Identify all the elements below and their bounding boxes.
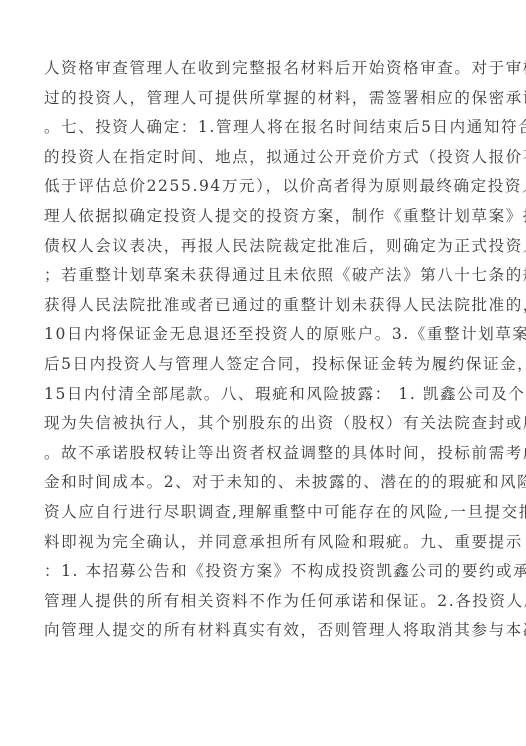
- text-line-9: 获得人民法院批准或者已通过的重整计划未获得人民法院批准的，则: [44, 291, 474, 321]
- text-line-10: 10日内将保证金无息退还至投资人的原账户。3.《重整计划草案》批准: [44, 320, 474, 350]
- text-line-11: 后5日内投资人与管理人签定合同，投标保证金转为履约保证金，并在: [44, 350, 474, 380]
- text-line-19: 管理人提供的所有相关资料不作为任何承诺和保证。2.各投资人应保证: [44, 587, 474, 617]
- text-line-3: 。七、投资人确定：1.管理人将在报名时间结束后5日内通知符合条件: [44, 113, 474, 143]
- text-line-14: 。故不承诺股权转让等出资者权益调整的具体时间，投标前需考虑资: [44, 439, 474, 469]
- document-page: 人资格审查管理人在收到完整报名材料后开始资格审查。对于审核通 过的投资人，管理人…: [0, 0, 526, 746]
- text-line-13: 现为失信被执行人，其个别股东的出资（股权）有关法院查封或质押: [44, 409, 474, 439]
- text-line-4: 的投资人在指定时间、地点，拟通过公开竞价方式（投资人报价不得: [44, 143, 474, 173]
- text-line-8: ；若重整计划草案未获得通过且未依照《破产法》第八十七条的规定: [44, 261, 474, 291]
- text-line-17: 料即视为完全确认，并同意承担所有风险和瑕疵。九、重要提示: [44, 528, 474, 558]
- text-line-20: 向管理人提交的所有材料真实有效，否则管理人将取消其参与本次招: [44, 616, 474, 646]
- text-line-16: 资人应自行进行尽职调查,理解重整中可能存在的风险,一旦提交报名材: [44, 498, 474, 528]
- text-line-15: 金和时间成本。2、对于未知的、未披露的、潜在的的瑕疵和风险，投: [44, 468, 474, 498]
- text-line-2: 过的投资人，管理人可提供所掌握的材料，需签署相应的保密承诺函: [44, 84, 474, 114]
- text-line-5: 低于评估总价2255.94万元），以价高者得为原则最终确定投资人。2.管: [44, 172, 474, 202]
- text-line-7: 债权人会议表决，再报人民法院裁定批准后，则确定为正式投资人: [44, 232, 474, 262]
- text-line-6: 理人依据拟确定投资人提交的投资方案，制作《重整计划草案》提交: [44, 202, 474, 232]
- text-line-18: ：1. 本招募公告和《投资方案》不构成投资凯鑫公司的要约或承诺。: [44, 557, 474, 587]
- text-line-1: 人资格审查管理人在收到完整报名材料后开始资格审查。对于审核通: [44, 54, 474, 84]
- announcement-body-text: 人资格审查管理人在收到完整报名材料后开始资格审查。对于审核通 过的投资人，管理人…: [44, 54, 474, 646]
- text-line-12: 15日内付清全部尾款。八、瑕疵和风险披露： 1. 凯鑫公司及个别股东: [44, 380, 474, 410]
